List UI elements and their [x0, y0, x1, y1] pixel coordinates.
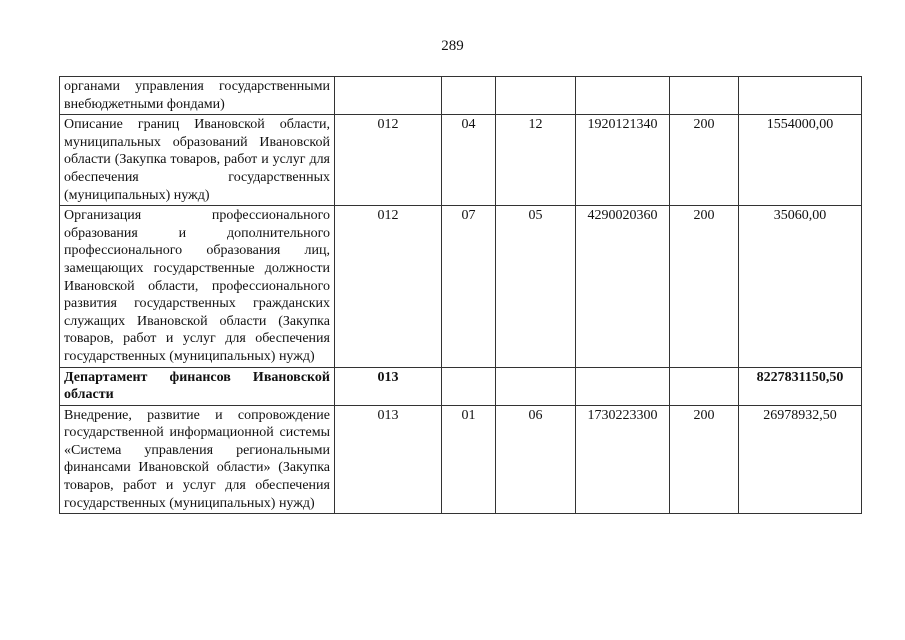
row-amount: 1554000,00 [739, 115, 862, 206]
row-section-code [442, 367, 496, 405]
row-subsection-code: 06 [496, 405, 576, 514]
row-section-code: 01 [442, 405, 496, 514]
row-subsection-code [496, 77, 576, 115]
row-expense-type-code: 200 [670, 115, 739, 206]
row-expense-type-code: 200 [670, 405, 739, 514]
row-target-code: 1730223300 [576, 405, 670, 514]
row-target-code: 1920121340 [576, 115, 670, 206]
row-description: Внедрение, развитие и сопровождение госу… [60, 405, 335, 514]
row-subsection-code: 05 [496, 206, 576, 367]
table-row: органами управления государственными вне… [60, 77, 862, 115]
row-description: органами управления государственными вне… [60, 77, 335, 115]
row-amount [739, 77, 862, 115]
table-row: Внедрение, развитие и сопровождение госу… [60, 405, 862, 514]
row-amount: 35060,00 [739, 206, 862, 367]
table-row: Организация профессионального образовани… [60, 206, 862, 367]
row-ministry-code [335, 77, 442, 115]
row-description: Описание границ Ивановской области, муни… [60, 115, 335, 206]
row-expense-type-code [670, 367, 739, 405]
row-target-code [576, 77, 670, 115]
table-row: Департамент финансов Ивановской области … [60, 367, 862, 405]
row-amount: 26978932,50 [739, 405, 862, 514]
row-ministry-code: 012 [335, 115, 442, 206]
row-subsection-code: 12 [496, 115, 576, 206]
row-expense-type-code: 200 [670, 206, 739, 367]
row-amount: 8227831150,50 [739, 367, 862, 405]
row-section-code [442, 77, 496, 115]
table-row: Описание границ Ивановской области, муни… [60, 115, 862, 206]
row-description: Организация профессионального образовани… [60, 206, 335, 367]
row-subsection-code [496, 367, 576, 405]
row-ministry-code: 013 [335, 405, 442, 514]
row-description: Департамент финансов Ивановской области [60, 367, 335, 405]
row-target-code: 4290020360 [576, 206, 670, 367]
budget-table: органами управления государственными вне… [59, 76, 862, 514]
row-section-code: 04 [442, 115, 496, 206]
row-ministry-code: 012 [335, 206, 442, 367]
page-number: 289 [0, 38, 905, 55]
row-target-code [576, 367, 670, 405]
row-section-code: 07 [442, 206, 496, 367]
row-ministry-code: 013 [335, 367, 442, 405]
row-expense-type-code [670, 77, 739, 115]
